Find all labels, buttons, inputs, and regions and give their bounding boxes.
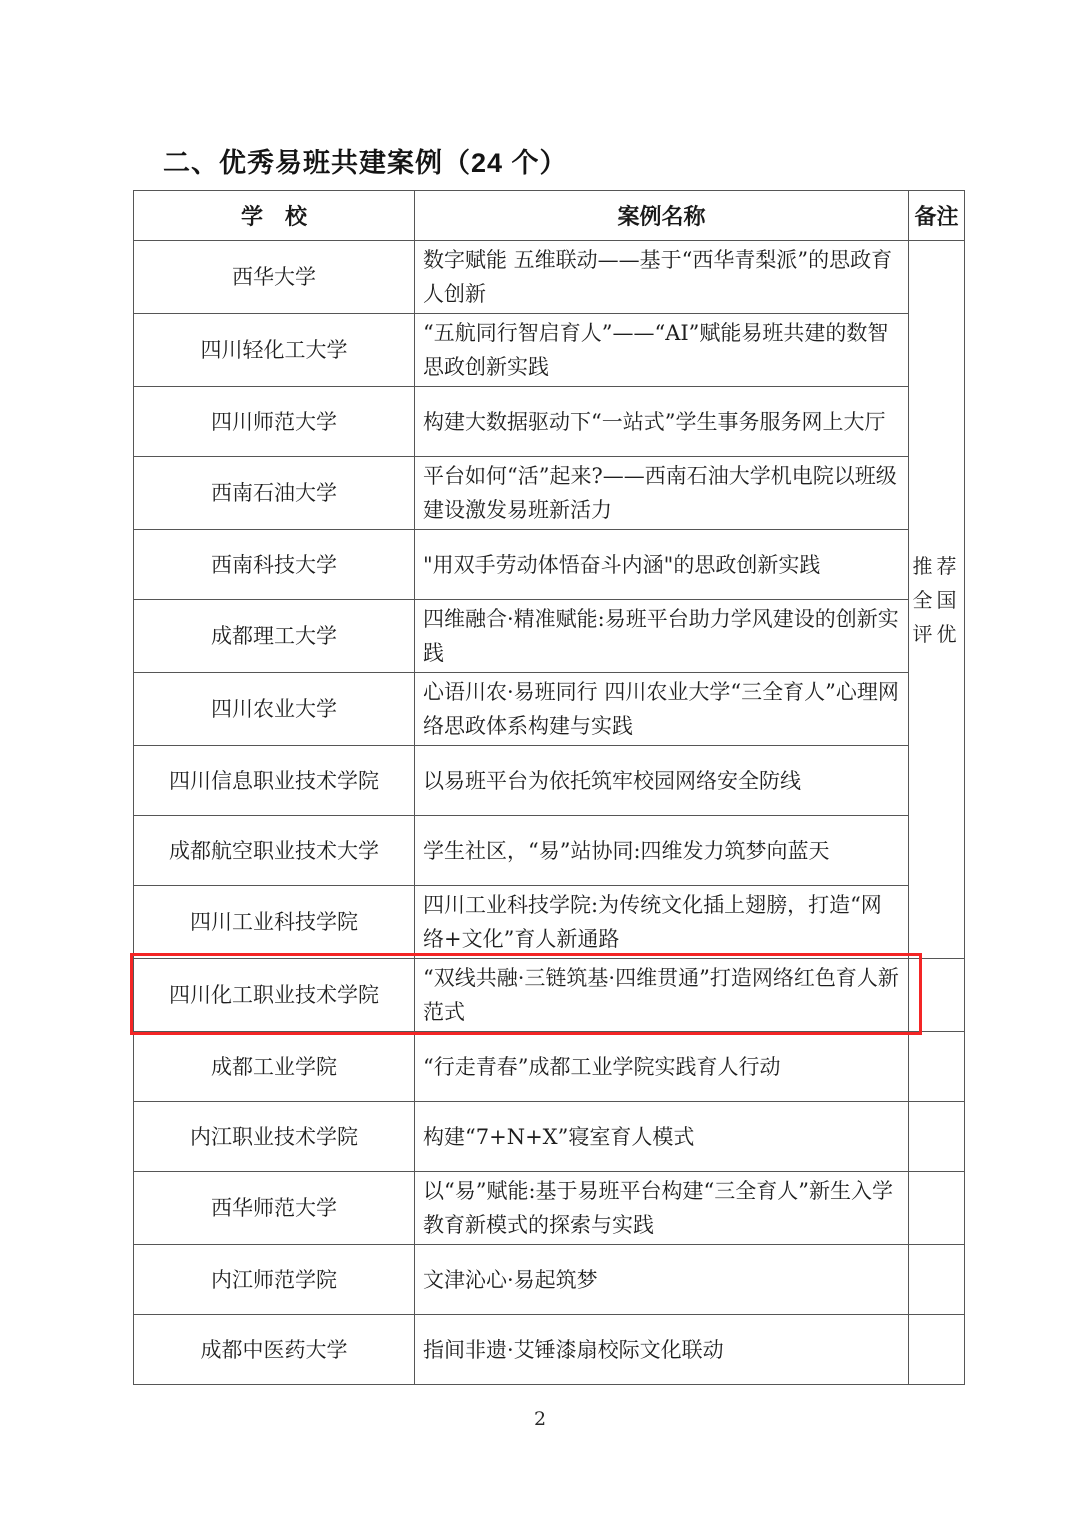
school-cell: 成都航空职业技术大学 (134, 816, 415, 886)
school-cell: 四川农业大学 (134, 673, 415, 746)
table-row: 内江师范学院文津沁心·易起筑梦 (134, 1245, 965, 1315)
school-cell: 成都中医药大学 (134, 1315, 415, 1385)
col-header-case-name: 案例名称 (415, 191, 909, 241)
case-name-cell: “双线共融·三链筑基·四维贯通”打造网络红色育人新范式 (415, 959, 909, 1032)
school-cell: 西华大学 (134, 241, 415, 314)
school-cell: 内江师范学院 (134, 1245, 415, 1315)
case-name-cell: 心语川农·易班同行 四川农业大学“三全育人”心理网络思政体系构建与实践 (415, 673, 909, 746)
remark-cell (909, 1102, 965, 1172)
col-header-school: 学 校 (134, 191, 415, 241)
table-row: 成都航空职业技术大学学生社区，“易”站协同:四维发力筑梦向蓝天 (134, 816, 965, 886)
table-row: 西南科技大学"用双手劳动体悟奋斗内涵"的思政创新实践 (134, 530, 965, 600)
case-name-cell: “五航同行智启育人”——“AI”赋能易班共建的数智思政创新实践 (415, 314, 909, 387)
table-row: 四川农业大学心语川农·易班同行 四川农业大学“三全育人”心理网络思政体系构建与实… (134, 673, 965, 746)
school-cell: 西南科技大学 (134, 530, 415, 600)
school-cell: 四川化工职业技术学院 (134, 959, 415, 1032)
document-page: 二、优秀易班共建案例（24 个） 学 校 案例名称 备注 西华大学数字赋能 五维… (0, 0, 1080, 1527)
case-name-cell: 以“易”赋能:基于易班平台构建“三全育人”新生入学教育新模式的探索与实践 (415, 1172, 909, 1245)
remark-merged-cell: 推荐全国评优 (909, 241, 965, 959)
table-row: 成都工业学院“行走青春”成都工业学院实践育人行动 (134, 1032, 965, 1102)
school-cell: 西华师范大学 (134, 1172, 415, 1245)
case-name-cell: 数字赋能 五维联动——基于“西华青梨派”的思政育人创新 (415, 241, 909, 314)
table-row: 四川轻化工大学“五航同行智启育人”——“AI”赋能易班共建的数智思政创新实践 (134, 314, 965, 387)
school-cell: 四川轻化工大学 (134, 314, 415, 387)
page-title: 二、优秀易班共建案例（24 个） (163, 141, 568, 180)
school-cell: 内江职业技术学院 (134, 1102, 415, 1172)
school-cell: 成都工业学院 (134, 1032, 415, 1102)
cases-table: 学 校 案例名称 备注 西华大学数字赋能 五维联动——基于“西华青梨派”的思政育… (133, 190, 965, 1385)
case-name-cell: 文津沁心·易起筑梦 (415, 1245, 909, 1315)
remark-cell (909, 1172, 965, 1245)
remark-cell (909, 1032, 965, 1102)
school-cell: 四川信息职业技术学院 (134, 746, 415, 816)
table-row: 西华师范大学以“易”赋能:基于易班平台构建“三全育人”新生入学教育新模式的探索与… (134, 1172, 965, 1245)
case-name-cell: 构建“7+N+X”寝室育人模式 (415, 1102, 909, 1172)
school-cell: 成都理工大学 (134, 600, 415, 673)
case-name-cell: “行走青春”成都工业学院实践育人行动 (415, 1032, 909, 1102)
case-name-cell: 以易班平台为依托筑牢校园网络安全防线 (415, 746, 909, 816)
case-name-cell: 平台如何“活”起来?——西南石油大学机电院以班级建设激发易班新活力 (415, 457, 909, 530)
case-name-cell: 指间非遗·艾锤漆扇校际文化联动 (415, 1315, 909, 1385)
school-cell: 西南石油大学 (134, 457, 415, 530)
school-cell: 四川工业科技学院 (134, 886, 415, 959)
case-name-cell: 四川工业科技学院:为传统文化插上翅膀，打造“网络+文化”育人新通路 (415, 886, 909, 959)
remark-cell (909, 1315, 965, 1385)
remark-cell (909, 959, 965, 1032)
table-row: 西南石油大学平台如何“活”起来?——西南石油大学机电院以班级建设激发易班新活力 (134, 457, 965, 530)
case-name-cell: "用双手劳动体悟奋斗内涵"的思政创新实践 (415, 530, 909, 600)
table-header-row: 学 校 案例名称 备注 (134, 191, 965, 241)
table-row: 四川师范大学构建大数据驱动下“一站式”学生事务服务网上大厅 (134, 387, 965, 457)
case-name-cell: 构建大数据驱动下“一站式”学生事务服务网上大厅 (415, 387, 909, 457)
table-row: 四川化工职业技术学院“双线共融·三链筑基·四维贯通”打造网络红色育人新范式 (134, 959, 965, 1032)
case-name-cell: 四维融合·精准赋能:易班平台助力学风建设的创新实践 (415, 600, 909, 673)
table-row: 西华大学数字赋能 五维联动——基于“西华青梨派”的思政育人创新推荐全国评优 (134, 241, 965, 314)
table-row: 四川工业科技学院四川工业科技学院:为传统文化插上翅膀，打造“网络+文化”育人新通… (134, 886, 965, 959)
school-cell: 四川师范大学 (134, 387, 415, 457)
table-row: 成都中医药大学指间非遗·艾锤漆扇校际文化联动 (134, 1315, 965, 1385)
case-name-cell: 学生社区，“易”站协同:四维发力筑梦向蓝天 (415, 816, 909, 886)
table-row: 内江职业技术学院构建“7+N+X”寝室育人模式 (134, 1102, 965, 1172)
remark-cell (909, 1245, 965, 1315)
page-number: 2 (0, 1408, 1080, 1430)
col-header-remark: 备注 (909, 191, 965, 241)
table-row: 四川信息职业技术学院以易班平台为依托筑牢校园网络安全防线 (134, 746, 965, 816)
table-row: 成都理工大学四维融合·精准赋能:易班平台助力学风建设的创新实践 (134, 600, 965, 673)
